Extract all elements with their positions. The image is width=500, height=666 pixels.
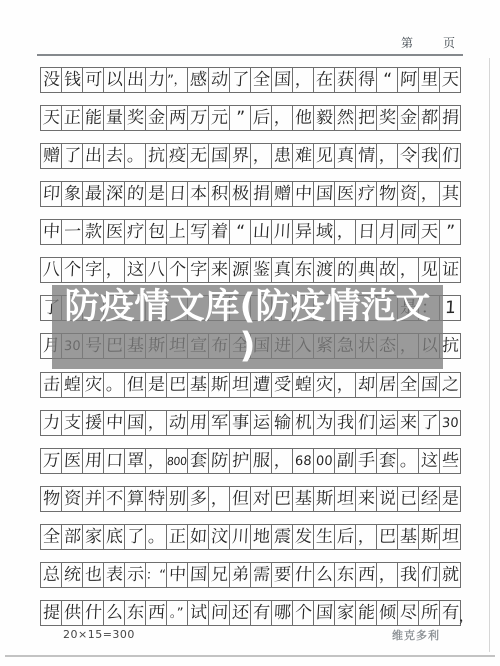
grid-cell: 了 <box>61 143 83 169</box>
grid-row: 中一款医疗包上写着“山川异域，日月同天” <box>40 219 461 245</box>
grid-cell: 国 <box>313 181 335 207</box>
grid-cell: 副 <box>334 448 356 474</box>
grid-cell: ， <box>376 143 398 169</box>
grid-cell: 出 <box>124 67 146 93</box>
grid-cell: 医 <box>61 448 83 474</box>
grid-cell: 事 <box>229 410 251 436</box>
grid-cell: 斯 <box>313 486 335 512</box>
grid-cell: 字 <box>187 257 209 283</box>
grid-cell: ， <box>460 600 472 626</box>
grid-cell: ， <box>145 448 167 474</box>
grid-cell: 真 <box>334 143 356 169</box>
grid-cell: 生 <box>313 524 335 550</box>
grid-row: 八个字，这八个字来源鉴真东渡的典故，见证 <box>40 257 461 283</box>
grid-cell: 服 <box>250 448 272 474</box>
grid-cell: 得 <box>355 67 377 93</box>
grid-cell: 基 <box>292 486 314 512</box>
grid-cell: 问 <box>208 600 230 626</box>
grid-cell: 说 <box>376 486 398 512</box>
grid-cell: 示 <box>124 562 146 588</box>
grid-cell: 上 <box>166 219 188 245</box>
grid-cell: 万 <box>187 105 209 131</box>
grid-cell: 奖 <box>124 105 146 131</box>
grid-cell: ， <box>334 219 356 245</box>
grid-cell: 最 <box>82 181 104 207</box>
grid-cell: 受 <box>271 372 293 398</box>
grid-cell: 护 <box>229 448 251 474</box>
grid-cell: 00 <box>313 448 335 474</box>
grid-cell: 算 <box>124 486 146 512</box>
page-label-di: 第 <box>401 34 413 51</box>
grid-cell: ”， <box>166 67 188 93</box>
grid-cell: 力 <box>145 67 167 93</box>
grid-cell: 但 <box>229 486 251 512</box>
grid-cell: 全 <box>40 524 62 550</box>
grid-cell: 家 <box>82 524 104 550</box>
grid-cell: 底 <box>103 524 125 550</box>
grid-cell: 界 <box>229 143 251 169</box>
grid-cell: 他 <box>292 105 314 131</box>
grid-cell: 防 <box>208 448 230 474</box>
grid-cell: 套 <box>187 448 209 474</box>
grid-cell: 中 <box>103 410 125 436</box>
grid-cell: 军 <box>208 410 230 436</box>
grid-cell: 可 <box>82 67 104 93</box>
grid-cell: 渡 <box>313 257 335 283</box>
grid-cell: 两 <box>166 105 188 131</box>
grid-cell: 用 <box>187 410 209 436</box>
grid-cell: 手 <box>355 448 377 474</box>
grid-cell: 要 <box>271 562 293 588</box>
grid-cell: 灾 <box>82 372 104 398</box>
grid-cell: ， <box>418 181 440 207</box>
grid-cell: 赠 <box>40 143 62 169</box>
grid-cell: 在 <box>313 67 335 93</box>
grid-cell: 什 <box>292 562 314 588</box>
grid-cell: 款 <box>82 219 104 245</box>
grid-cell: 本 <box>187 181 209 207</box>
grid-row: 印象最深的是日本积极捐赠中国医疗物资，其 <box>40 181 461 207</box>
grid-cell: 鉴 <box>250 257 272 283</box>
grid-cell: 天 <box>439 67 461 93</box>
grid-cell: 并 <box>82 486 104 512</box>
grid-cell: 故 <box>376 257 398 283</box>
grid-cell: 八 <box>40 257 62 283</box>
grid-cell: 家 <box>334 600 356 626</box>
grid-cell: 试 <box>187 600 209 626</box>
grid-cell: 坦 <box>439 524 461 550</box>
grid-cell: 有 <box>250 600 272 626</box>
grid-cell: 已 <box>397 486 419 512</box>
grid-cell: 坦 <box>334 486 356 512</box>
grid-cell: 异 <box>292 219 314 245</box>
grid-cell: 天 <box>418 219 440 245</box>
grid-cell: ” <box>229 105 251 131</box>
grid-cell: 山 <box>250 219 272 245</box>
paper-sheet: 第 页 没钱可以出力”，感动了全国，在获得“阿里天天正能量奖金两万元”后，他毅然… <box>0 0 500 666</box>
grid-cell: 以 <box>103 67 125 93</box>
grid-cell: 包 <box>145 219 167 245</box>
grid-cell: 的 <box>334 257 356 283</box>
grid-row: 全部家底了。正如汶川地震发生后，巴基斯坦 <box>40 524 461 550</box>
grid-cell: 东 <box>334 562 356 588</box>
grid-cell: 奖 <box>376 105 398 131</box>
grid-cell: 尽 <box>397 600 419 626</box>
grid-cell: 然 <box>334 105 356 131</box>
grid-cell: 个 <box>166 257 188 283</box>
grid-cell: 也 <box>82 562 104 588</box>
grid-cell: 一 <box>61 219 83 245</box>
grid-cell: 国 <box>271 67 293 93</box>
grid-cell: ， <box>208 486 230 512</box>
grid-row: 总统也表示：“中国兄弟需要什么东西，我们就 <box>40 562 461 588</box>
grid-cell: 巴 <box>166 372 188 398</box>
grid-cell: 基 <box>187 372 209 398</box>
grid-cell: 源 <box>229 257 251 283</box>
grid-cell: 动 <box>208 67 230 93</box>
grid-cell: 基 <box>397 524 419 550</box>
grid-cell: 蝗 <box>292 372 314 398</box>
grid-cell: 所 <box>418 600 440 626</box>
grid-cell: 对 <box>250 486 272 512</box>
grid-cell: 东 <box>292 257 314 283</box>
grid-cell: 真 <box>271 257 293 283</box>
grid-cell: 却 <box>355 372 377 398</box>
grid-cell: 。 <box>145 524 167 550</box>
grid-cell: 总 <box>40 562 62 588</box>
grid-cell: 没 <box>40 67 62 93</box>
grid-cell: 把 <box>355 105 377 131</box>
grid-cell: 资 <box>61 486 83 512</box>
grid-cell: 特 <box>145 486 167 512</box>
grid-cell: 口 <box>103 448 125 474</box>
grid-cell: 见 <box>418 257 440 283</box>
grid-cell: 们 <box>355 410 377 436</box>
grid-cell: 来 <box>355 486 377 512</box>
grid-cell: 地 <box>250 524 272 550</box>
grid-cell: 阿 <box>397 67 419 93</box>
grid-cell: 。” <box>166 600 188 626</box>
grid-cell: 全 <box>250 67 272 93</box>
page-number-header: 第 页 <box>401 34 455 51</box>
grid-cell: 患 <box>271 143 293 169</box>
grid-cell: 哪 <box>271 600 293 626</box>
grid-cell: 提 <box>40 600 62 626</box>
grid-row: 天正能量奖金两万元”后，他毅然把奖金都捐 <box>40 105 461 131</box>
grid-cell: 多 <box>187 486 209 512</box>
grid-cell: ， <box>250 143 272 169</box>
grid-cell: 供 <box>61 600 83 626</box>
grid-cell: 输 <box>271 410 293 436</box>
grid-cell: 感 <box>187 67 209 93</box>
grid-cell: 蝗 <box>61 372 83 398</box>
grid-cell: 西 <box>145 600 167 626</box>
grid-cell: “ <box>376 67 398 93</box>
grid-cell: 元 <box>208 105 230 131</box>
grid-cell: 捐 <box>439 105 461 131</box>
grid-cell: 赠 <box>271 181 293 207</box>
grid-cell: 么 <box>103 600 125 626</box>
grid-cell: 证 <box>439 257 461 283</box>
grid-cell: 积 <box>208 181 230 207</box>
grid-cell: 是 <box>439 486 461 512</box>
grid-cell: 川 <box>229 524 251 550</box>
grid-cell: 斯 <box>418 524 440 550</box>
grid-cell: 了 <box>418 410 440 436</box>
grid-cell: 统 <box>61 562 83 588</box>
grid-row: 物资并不算特别多，但对巴基斯坦来说已经是 <box>40 486 461 512</box>
grid-cell: 个 <box>292 600 314 626</box>
bottom-edge-line <box>5 655 495 657</box>
grid-cell: ， <box>103 257 125 283</box>
grid-cell: 获 <box>334 67 356 93</box>
grid-cell: “ <box>229 219 251 245</box>
grid-cell: 钱 <box>61 67 83 93</box>
grid-cell: 运 <box>376 410 398 436</box>
grid-cell: 。 <box>124 143 146 169</box>
grid-cell: 罩 <box>124 448 146 474</box>
grid-cell: 别 <box>166 486 188 512</box>
grid-cell: 我 <box>418 143 440 169</box>
grid-cell: 国 <box>124 410 146 436</box>
grid-cell: 为 <box>313 410 335 436</box>
grid-cell: ， <box>376 562 398 588</box>
grid-cell: 68 <box>292 448 314 474</box>
grid-cell: ， <box>145 410 167 436</box>
grid-cell: 中 <box>292 181 314 207</box>
grid-cell: 毅 <box>313 105 335 131</box>
grid-cell: 川 <box>271 219 293 245</box>
grid-cell: 去 <box>103 143 125 169</box>
grid-cell: 里 <box>418 67 440 93</box>
grid-cell: 金 <box>397 105 419 131</box>
grid-cell: 支 <box>61 410 83 436</box>
grid-cell: 疗 <box>124 219 146 245</box>
grid-cell: 不 <box>103 486 125 512</box>
right-margin-line <box>489 58 490 652</box>
header-rule-line <box>37 54 463 56</box>
grid-cell: ” <box>439 219 461 245</box>
grid-cell: 。 <box>103 372 125 398</box>
grid-cell: 们 <box>439 143 461 169</box>
grid-cell: 经 <box>418 486 440 512</box>
grid-cell: 击 <box>40 372 62 398</box>
grid-row: 力支援中国，动用军事运输机为我们运来了30 <box>40 410 461 436</box>
grid-cell: 么 <box>313 562 335 588</box>
grid-cell: 就 <box>439 562 461 588</box>
grid-cell: ， <box>397 257 419 283</box>
grid-cell: 疫 <box>166 143 188 169</box>
grid-cell: 什 <box>82 600 104 626</box>
grid-cell: 正 <box>61 105 83 131</box>
grid-cell: 坦 <box>229 372 251 398</box>
grid-cell: 典 <box>355 257 377 283</box>
grid-cell: 。 <box>397 448 419 474</box>
watermark-text-line2: ) <box>240 327 256 366</box>
grid-cell: 无 <box>187 143 209 169</box>
grid-cell: 资 <box>397 181 419 207</box>
grid-cell: 力 <box>40 410 62 436</box>
grid-cell: 国 <box>187 562 209 588</box>
grid-cell: 八 <box>145 257 167 283</box>
grid-cell: ， <box>271 448 293 474</box>
grid-cell: 能 <box>82 105 104 131</box>
grid-cell: 了 <box>124 524 146 550</box>
grid-cell: 中 <box>40 219 62 245</box>
grid-cell: 居 <box>376 372 398 398</box>
grid-cell: 灾 <box>313 372 335 398</box>
grid-cell: 令 <box>397 143 419 169</box>
grid-cell: 巴 <box>376 524 398 550</box>
grid-cell: ， <box>334 372 356 398</box>
grid-cell: 抗 <box>145 143 167 169</box>
grid-cell: 后 <box>250 105 272 131</box>
grid-cell: 这 <box>124 257 146 283</box>
grid-cell: 天 <box>40 105 62 131</box>
grid-cell: 见 <box>313 143 335 169</box>
watermark-overlay: 防疫情文库(防疫情范文 ) <box>52 285 443 369</box>
grid-cell: 金 <box>145 105 167 131</box>
grid-cell: 我 <box>334 410 356 436</box>
grid-cell: 了 <box>229 67 251 93</box>
grid-cell: 都 <box>418 105 440 131</box>
grid-cell: 30 <box>439 410 461 436</box>
grid-cell: 是 <box>145 372 167 398</box>
grid-cell: 象 <box>61 181 83 207</box>
grid-cell: 800 <box>166 448 188 474</box>
grid-cell: 国 <box>208 143 230 169</box>
grid-cell: 国 <box>418 372 440 398</box>
grid-cell: ， <box>271 105 293 131</box>
grid-cell: 遭 <box>250 372 272 398</box>
grid-cell: 倾 <box>376 600 398 626</box>
grid-cell: 这 <box>418 448 440 474</box>
grid-cell: 量 <box>103 105 125 131</box>
grid-row: 击蝗灾。但是巴基斯坦遭受蝗灾，却居全国之 <box>40 372 461 398</box>
grid-cell: 物 <box>40 486 62 512</box>
grid-cell: 巴 <box>271 486 293 512</box>
grid-cell: 疗 <box>355 181 377 207</box>
grid-cell: ：“ <box>145 562 167 588</box>
grid-cell: 能 <box>355 600 377 626</box>
grid-cell: 全 <box>397 372 419 398</box>
grid-cell: 印 <box>40 181 62 207</box>
grid-cell: 运 <box>250 410 272 436</box>
grid-cell: 医 <box>334 181 356 207</box>
grid-cell: 弟 <box>229 562 251 588</box>
grid-cell: 国 <box>313 600 335 626</box>
grid-cell: 中 <box>166 562 188 588</box>
grid-cell: 表 <box>103 562 125 588</box>
grid-cell: 月 <box>376 219 398 245</box>
grid-cell: 万 <box>40 448 62 474</box>
grid-cell: ， <box>292 67 314 93</box>
footer-grid-note: 20×15=300 <box>63 628 135 641</box>
grid-cell: 汶 <box>208 524 230 550</box>
grid-cell: 捐 <box>250 181 272 207</box>
grid-cell: 后 <box>334 524 356 550</box>
grid-row: 万医用口罩，800套防护服，6800副手套。这些 <box>40 448 461 474</box>
grid-cell: 日 <box>166 181 188 207</box>
grid-cell: 着 <box>208 219 230 245</box>
footer-brand: 维克多利 <box>392 627 440 643</box>
grid-cell: 动 <box>166 410 188 436</box>
grid-cell: 物 <box>376 181 398 207</box>
grid-cell: 机 <box>292 410 314 436</box>
grid-cell: 日 <box>355 219 377 245</box>
grid-cell: 来 <box>208 257 230 283</box>
grid-row: 赠了出去。抗疫无国界，患难见真情，令我们 <box>40 143 461 169</box>
grid-cell: 同 <box>397 219 419 245</box>
grid-cell: 个 <box>61 257 83 283</box>
grid-cell: 出 <box>82 143 104 169</box>
grid-cell: 用 <box>82 448 104 474</box>
grid-cell: 正 <box>166 524 188 550</box>
grid-cell: 套 <box>376 448 398 474</box>
grid-cell: 之 <box>439 372 461 398</box>
grid-cell: 部 <box>61 524 83 550</box>
grid-cell: 深 <box>103 181 125 207</box>
grid-cell: 是 <box>145 181 167 207</box>
grid-cell: 们 <box>418 562 440 588</box>
grid-cell: 震 <box>271 524 293 550</box>
grid-cell: 难 <box>292 143 314 169</box>
grid-cell: 的 <box>124 181 146 207</box>
grid-cell: 西 <box>355 562 377 588</box>
grid-cell: 还 <box>229 600 251 626</box>
grid-cell: 但 <box>124 372 146 398</box>
grid-cell: 医 <box>103 219 125 245</box>
grid-cell: 域 <box>313 219 335 245</box>
grid-cell: ， <box>355 524 377 550</box>
grid-cell: 东 <box>124 600 146 626</box>
grid-cell: 极 <box>229 181 251 207</box>
grid-row: 提供什么东西。”试问还有哪个国家能倾尽所有， <box>40 600 472 626</box>
grid-cell: 援 <box>82 410 104 436</box>
grid-cell: 需 <box>250 562 272 588</box>
grid-cell: 如 <box>187 524 209 550</box>
grid-cell: 兄 <box>208 562 230 588</box>
watermark-text-line1: 防疫情文库(防疫情范文 <box>65 288 431 327</box>
grid-cell: 我 <box>397 562 419 588</box>
page-label-ye: 页 <box>443 34 455 51</box>
grid-cell: 字 <box>82 257 104 283</box>
grid-cell: 发 <box>292 524 314 550</box>
grid-cell: 其 <box>439 181 461 207</box>
grid-cell: 写 <box>187 219 209 245</box>
grid-cell: 斯 <box>208 372 230 398</box>
grid-cell: 来 <box>397 410 419 436</box>
grid-cell: 情 <box>355 143 377 169</box>
grid-cell: 些 <box>439 448 461 474</box>
grid-row: 没钱可以出力”，感动了全国，在获得“阿里天 <box>40 67 461 93</box>
